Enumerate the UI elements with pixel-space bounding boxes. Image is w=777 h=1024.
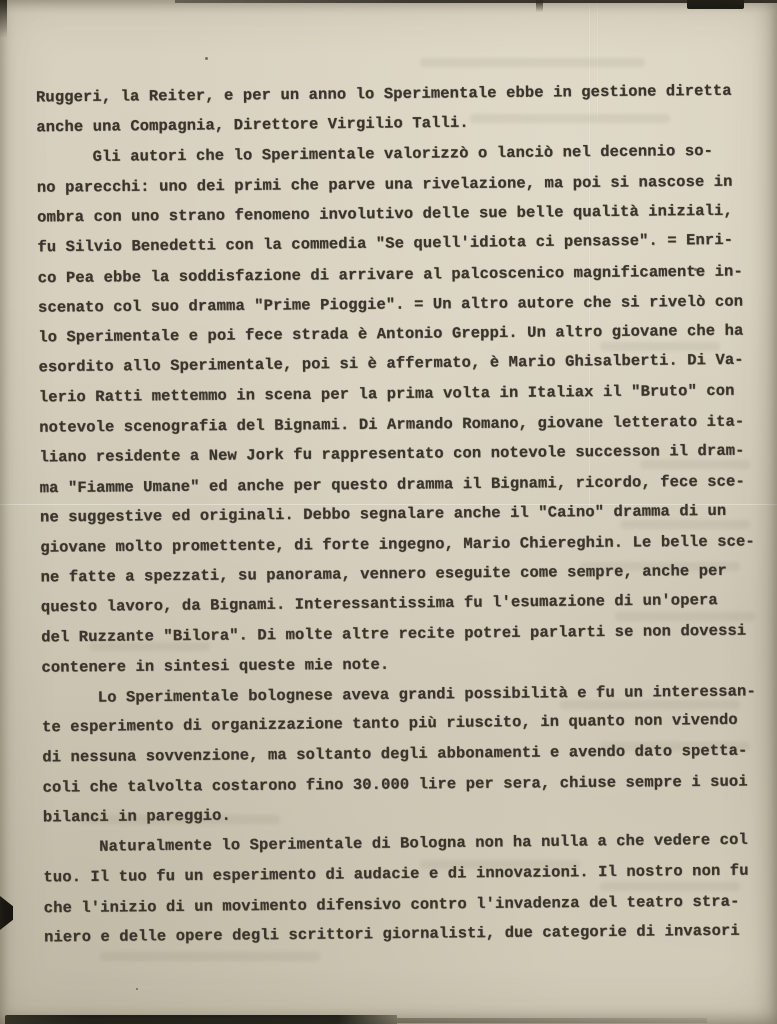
showthrough-smudge [420,58,645,67]
dust-speck [136,988,138,990]
text-line-24: coli che talvolta costarono fino 30.000 … [42,766,757,802]
top-right-black-bar [687,0,744,9]
left-edge-black-wedge [0,896,13,930]
dust-speck [205,57,208,60]
top-left-edge-sliver [0,0,7,38]
showthrough-smudge [100,952,320,961]
text-line-16: giovane molto promettente, di forte inge… [40,526,755,562]
text-line-12: notevole scenografia del Bignami. Di Arm… [39,406,754,442]
bottom-edge-black-strip [5,1015,397,1024]
top-edge-dark-line [175,0,777,3]
bottom-edge-faint-strip [397,1018,707,1023]
scanned-document-page: Ruggeri, la Reiter, e per un anno lo Spe… [0,0,777,1024]
typed-text: Ruggeri, la Reiter, e per un anno lo Spe… [36,76,759,953]
text-line-4: no parecchi: uno dei primi che parve una… [37,166,752,202]
top-edge-ink-tick [536,0,543,12]
text-line-8: scenato col suo dramma "Prime Pioggie". … [38,286,753,322]
